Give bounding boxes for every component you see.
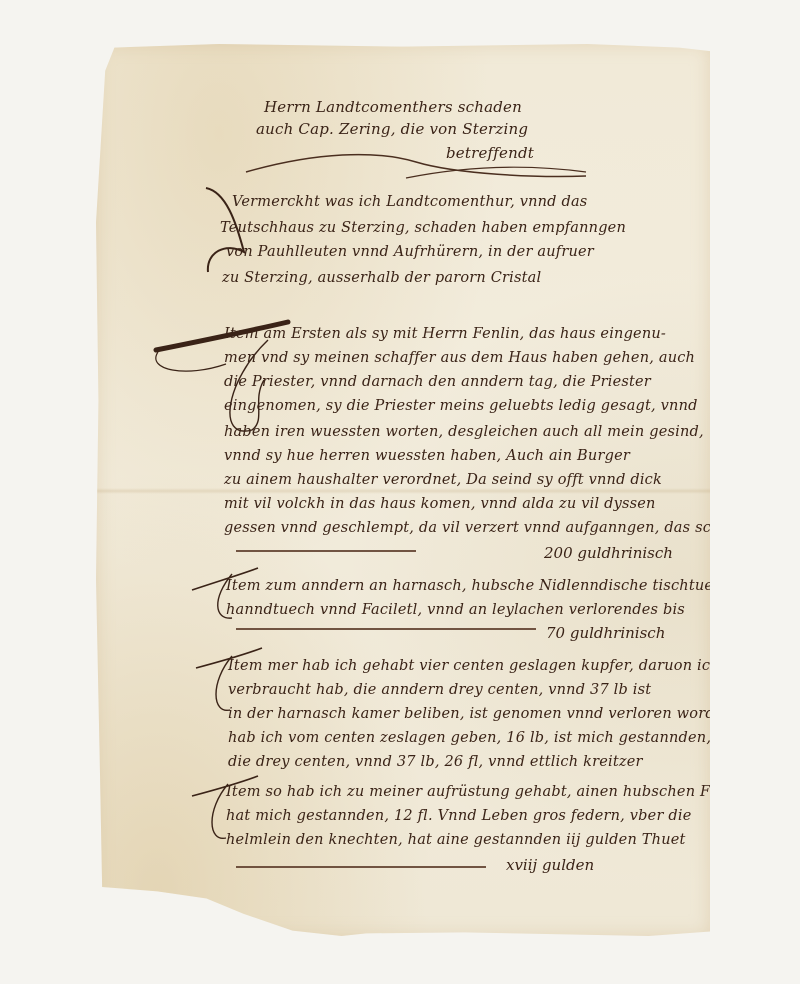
entry-line: Item so hab ich zu meiner aufrüstung geh… — [226, 784, 788, 800]
entry-amount: 200 guldhrinisch — [544, 544, 673, 562]
intro-line: Vermerckht was ich Landtcomenthur, vnnd … — [232, 194, 587, 210]
entry-line: mit vil volckh in das haus komen, vnnd a… — [224, 496, 656, 512]
item-initial-flourish-icon — [192, 568, 262, 628]
entry-line: in der harnasch kamer beliben, ist genom… — [228, 706, 738, 722]
entry-amount: 70 guldhrinisch — [546, 624, 665, 642]
entry-line: Item mer hab ich gehabt vier centen gesl… — [228, 658, 763, 674]
entry-divider — [236, 550, 416, 552]
manuscript-sheet: Herrn Landtcomenthers schaden auch Cap. … — [96, 44, 710, 936]
entry-divider — [236, 628, 536, 630]
entry-line: haben iren wuessten worten, desgleichen … — [224, 424, 704, 440]
entry-line: die Priester, vnnd darnach den anndern t… — [224, 374, 651, 390]
heading-line: Herrn Landtcomenthers schaden — [264, 98, 522, 116]
entry-line: Item zum anndern an harnasch, hubsche Ni… — [226, 578, 731, 594]
entry-line: gessen vnnd geschlempt, da vil verzert v… — [224, 520, 743, 536]
intro-line: Teutschhaus zu Sterzing, schaden haben e… — [220, 220, 626, 236]
entry-line: hab ich vom centen zeslagen geben, 16 lb… — [228, 730, 711, 746]
entry-line: zu ainem haushalter verordnet, Da seind … — [224, 472, 662, 488]
entry-line: men vnd sy meinen schaffer aus dem Haus … — [224, 350, 695, 366]
entry-line: hat mich gestannden, 12 fl. Vnnd Leben g… — [226, 808, 691, 824]
entry-line: die drey centen, vnnd 37 lb, 26 fl, vnnd… — [228, 754, 643, 770]
intro-line: von Pauhlleuten vnnd Aufrhürern, in der … — [226, 244, 594, 260]
heading-line: auch Cap. Zering, die von Sterzing — [256, 120, 528, 138]
intro-line: zu Sterzing, ausserhalb der parorn Crist… — [222, 270, 541, 286]
entry-line: eingenomen, sy die Priester meins gelueb… — [224, 398, 698, 414]
entry-amount: xviij gulden — [506, 856, 594, 874]
entry-line: Item am Ersten als sy mit Herrn Fenlin, … — [224, 326, 666, 342]
entry-line: helmlein den knechten, hat aine gestannd… — [226, 832, 686, 848]
photo-backdrop: Herrn Landtcomenthers schaden auch Cap. … — [0, 0, 800, 984]
entry-line: verbraucht hab, die anndern drey centen,… — [228, 682, 651, 698]
entry-divider — [236, 866, 486, 868]
entry-line: vnnd sy hue herren wuessten haben, Auch … — [224, 448, 630, 464]
initial-v-flourish-icon — [196, 182, 256, 282]
heading-flourish-icon — [236, 142, 596, 182]
entry-line: hanndtuech vnnd Faciletl, vnnd an leylac… — [226, 602, 685, 618]
